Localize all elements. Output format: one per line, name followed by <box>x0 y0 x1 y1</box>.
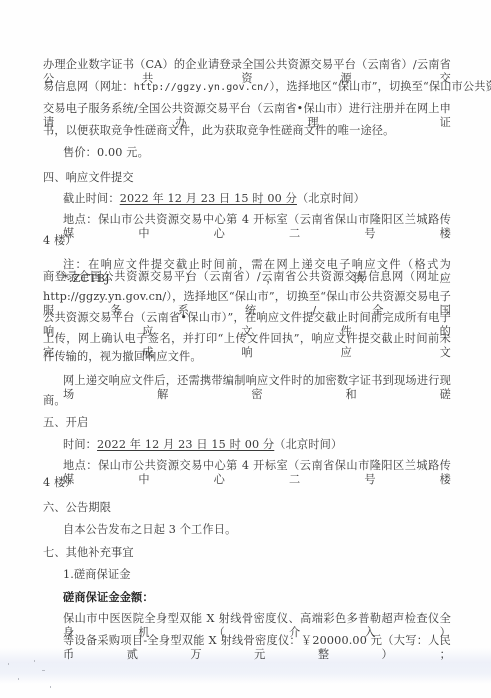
intro-line-4: 书，以便获取竞争性磋商文件，此为获取竞争性磋商文件的唯一途径。 <box>43 124 451 138</box>
extra-line-2: 商。 <box>43 394 451 408</box>
deposit-detail-line-2: 等设备采购项目-全身型双能 X 射线骨密度仪：￥20000.00 元（大写：人民… <box>63 634 451 662</box>
section-6-heading: 六、公告期限 <box>43 501 451 515</box>
section-5-heading: 五、开启 <box>43 416 451 430</box>
deadline-value: 2022 年 12 月 23 日 15 时 00 分 <box>120 192 297 205</box>
deadline-timezone: （北京时间） <box>297 192 365 205</box>
price-text: 售价：0.00 元。 <box>63 146 451 160</box>
opening-time-line: 时间：2022 年 12 月 23 日 15 时 00 分（北京时间） <box>63 438 451 452</box>
opening-time-value: 2022 年 12 月 23 日 15 时 00 分 <box>97 438 274 451</box>
platform-url-link[interactable]: http://ggzy.yn.gov.cn/ <box>134 82 270 93</box>
scan-specks <box>6 660 56 690</box>
opening-location-line-2: 4 楼） <box>43 476 451 490</box>
opening-time-timezone: （北京时间） <box>274 438 342 451</box>
deadline-label: 截止时间： <box>63 192 120 205</box>
intro-line-2: 易信息网（网址：http://ggzy.yn.gov.cn/），选择地区“保山市… <box>43 80 451 95</box>
section-7-heading: 七、其他补充事宜 <box>43 546 451 560</box>
deposit-item-heading: 1.磋商保证金 <box>63 568 451 582</box>
intro-line-2-text-a: 易信息网（网址： <box>43 80 134 93</box>
scanned-document-page: 办理企业数字证书（CA）的企业请登录全国公共资源交易平台（云南省）/云南省公共资… <box>0 0 491 698</box>
opening-time-label: 时间： <box>63 438 97 451</box>
note-line-2: 商登录全国公共资源交易平台（云南省）/云南省公共资源交易信息网（网址： <box>43 270 451 284</box>
submission-location-line-2: 4 楼） <box>43 234 451 248</box>
deadline-line: 截止时间：2022 年 12 月 23 日 15 时 00 分（北京时间） <box>63 192 451 206</box>
deposit-amount-heading: 磋商保证金金额： <box>63 590 451 604</box>
section-4-heading: 四、响应文件提交 <box>43 171 451 185</box>
note-line-6: 件传输的，视为撤回响应文件。 <box>43 350 451 364</box>
intro-line-2-text-b: ），选择地区“保山市”，切换至“保山市公共资源 <box>269 80 491 93</box>
announcement-period-text: 自本公告发布之日起 3 个工作日。 <box>63 523 451 537</box>
